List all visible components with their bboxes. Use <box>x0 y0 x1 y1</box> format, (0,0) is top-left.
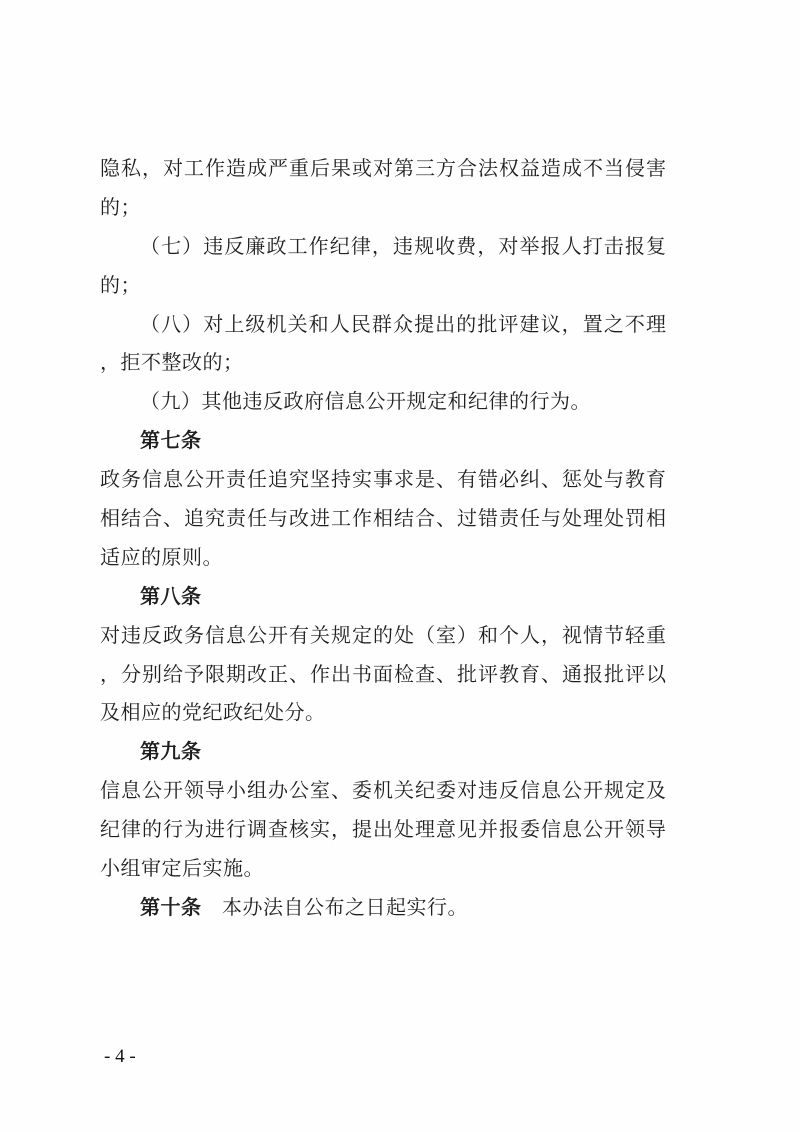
text-line: 的； <box>100 189 666 228</box>
text-line: （七）违反廉政工作纪律，违规收费，对举报人打击报复 <box>100 228 666 267</box>
text-segment: 的； <box>100 197 141 219</box>
text-segment: 小组审定后实施。 <box>100 858 264 880</box>
text-segment: 政务信息公开责任追究坚持实事求是、有错必纠、惩处与教育 <box>100 469 666 491</box>
text-line: 纪律的行为进行调查核实，提出处理意见并报委信息公开领导 <box>100 811 666 850</box>
text-line: 的； <box>100 267 666 306</box>
text-line: 第七条 <box>100 422 666 461</box>
text-segment: 对违反政务信息公开有关规定的处（室）和个人，视情节轻重 <box>100 625 666 647</box>
text-segment: 及相应的党纪政纪处分。 <box>100 702 326 724</box>
text-segment: 隐私，对工作造成严重后果或对第三方合法权益造成不当侵害 <box>100 158 666 180</box>
page-number: - 4 - <box>104 1045 136 1069</box>
text-segment: （八）对上级机关和人民群众提出的批评建议，置之不理 <box>140 314 666 336</box>
text-line: 政务信息公开责任追究坚持实事求是、有错必纠、惩处与教育 <box>100 461 666 500</box>
text-line: 第九条 <box>100 733 666 772</box>
text-segment: 的； <box>100 275 141 297</box>
text-line: 相结合、追究责任与改进工作相结合、过错责任与处理处罚相 <box>100 500 666 539</box>
article-heading: 第十条 <box>140 897 202 919</box>
text-segment: 本办法自公布之日起实行。 <box>202 897 469 919</box>
text-line: （九）其他违反政府信息公开规定和纪律的行为。 <box>100 383 666 422</box>
text-segment: 适应的原则。 <box>100 547 223 569</box>
text-segment: 相结合、追究责任与改进工作相结合、过错责任与处理处罚相 <box>100 508 666 530</box>
text-segment: ，分别给予限期改正、作出书面检查、批评教育、通报批评以 <box>100 664 666 686</box>
text-line: 小组审定后实施。 <box>100 850 666 889</box>
text-line: 及相应的党纪政纪处分。 <box>100 694 666 733</box>
text-line: 第十条 本办法自公布之日起实行。 <box>100 889 666 928</box>
text-line: 适应的原则。 <box>100 539 666 578</box>
text-line: ，拒不整改的； <box>100 344 666 383</box>
text-segment: （七）违反廉政工作纪律，违规收费，对举报人打击报复 <box>140 236 666 258</box>
document-page: 隐私，对工作造成严重后果或对第三方合法权益造成不当侵害的；（七）违反廉政工作纪律… <box>0 0 800 1132</box>
text-line: （八）对上级机关和人民群众提出的批评建议，置之不理 <box>100 306 666 345</box>
text-segment: ，拒不整改的； <box>100 352 244 374</box>
text-line: 对违反政务信息公开有关规定的处（室）和个人，视情节轻重 <box>100 617 666 656</box>
text-line: 隐私，对工作造成严重后果或对第三方合法权益造成不当侵害 <box>100 150 666 189</box>
article-heading: 第七条 <box>140 430 202 452</box>
text-line: 第八条 <box>100 578 666 617</box>
text-line: 信息公开领导小组办公室、委机关纪委对违反信息公开规定及 <box>100 772 666 811</box>
text-segment: 纪律的行为进行调查核实，提出处理意见并报委信息公开领导 <box>100 819 666 841</box>
article-heading: 第八条 <box>140 586 202 608</box>
text-line: ，分别给予限期改正、作出书面检查、批评教育、通报批评以 <box>100 656 666 695</box>
article-heading: 第九条 <box>140 741 202 763</box>
text-segment: 信息公开领导小组办公室、委机关纪委对违反信息公开规定及 <box>100 780 666 802</box>
text-segment: （九）其他违反政府信息公开规定和纪律的行为。 <box>140 391 591 413</box>
document-body: 隐私，对工作造成严重后果或对第三方合法权益造成不当侵害的；（七）违反廉政工作纪律… <box>100 150 666 928</box>
